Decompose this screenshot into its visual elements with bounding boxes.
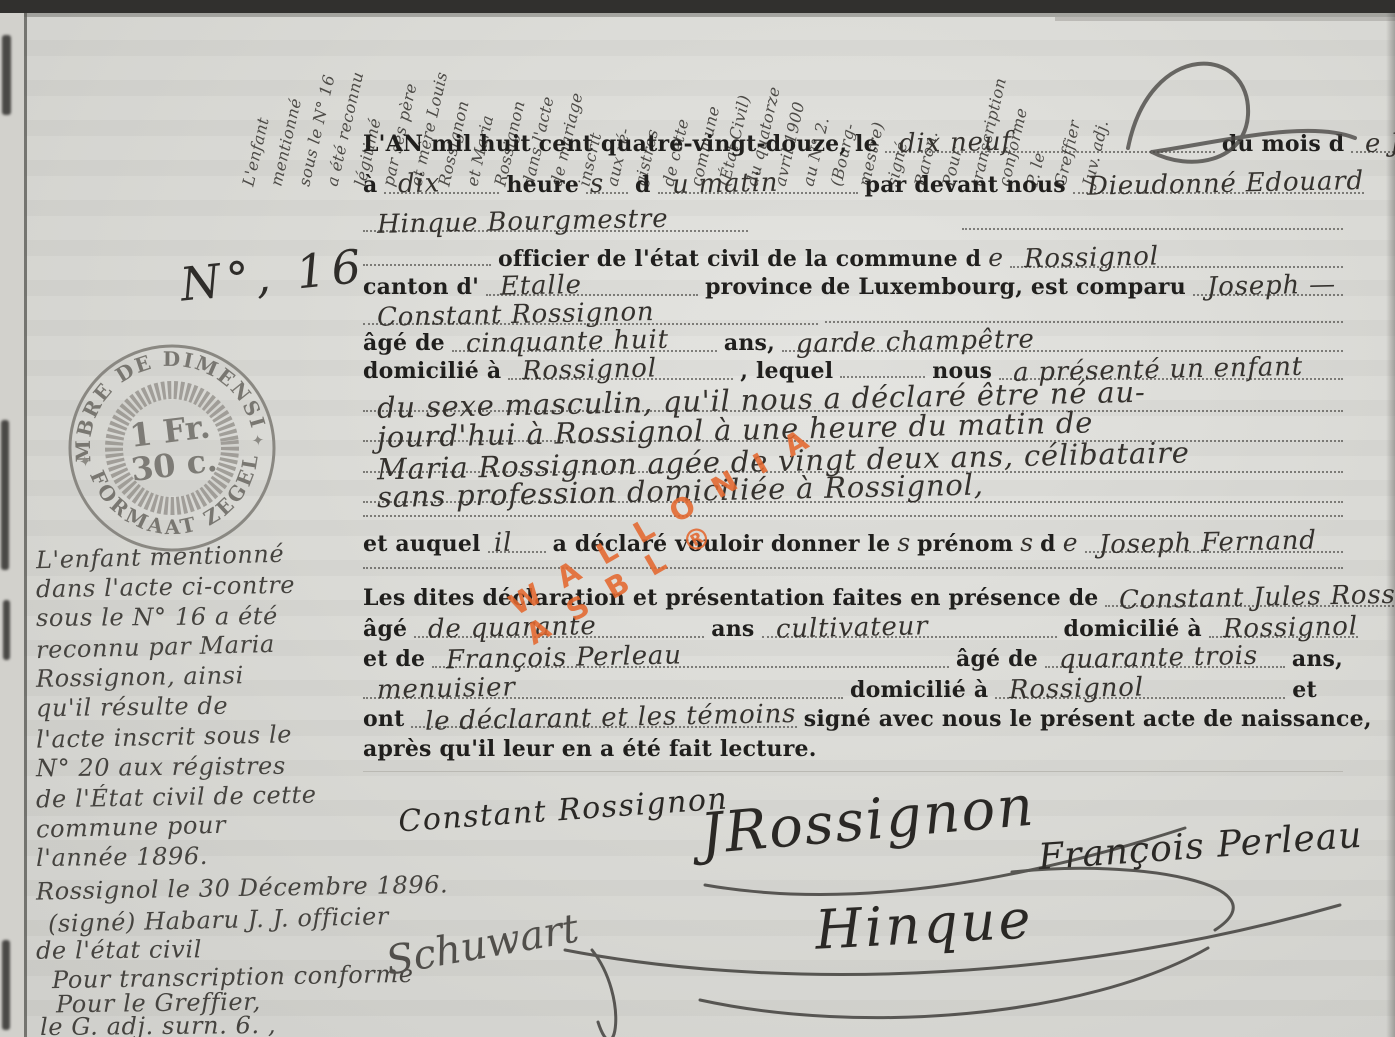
form-line-15-blank — [363, 561, 1343, 569]
handwritten-entry: e Juillet — [1351, 130, 1395, 157]
handwritten-entry: Rossignol — [508, 356, 657, 384]
form-blank: cultivateur — [762, 616, 1057, 638]
form-blank: Constant Rossignon — [363, 303, 818, 325]
margin-note-line: le G. adj. surn. 6. , — [40, 1011, 276, 1037]
handwritten-entry: dix neuf — [885, 130, 1012, 157]
handwritten-entry: il — [487, 531, 512, 556]
form-blank: Maria Rossignon agée de vingt deux ans, … — [363, 448, 1343, 473]
handwritten-entry: Rossignol — [1209, 614, 1358, 642]
handwritten-entry: garde champêtre — [782, 327, 1035, 357]
form-line-16: Les dites déclaration et présentation fa… — [363, 585, 1343, 611]
form-blank: Joseph Fernand — [1085, 531, 1343, 553]
form-line-3: Hinque Bourgmestre — [363, 210, 1343, 232]
svg-text:FORMAAT ZEGEL: FORMAAT ZEGEL — [84, 448, 272, 550]
signature-witness2: François Perleau — [1037, 815, 1364, 879]
svg-text:TIMBRE DE DIMENSION: TIMBRE DE DIMENSION — [52, 328, 273, 467]
form-blank: u matin — [658, 172, 858, 194]
faint-bleedthrough-rule — [363, 771, 1343, 772]
form-blank: Etalle — [486, 274, 698, 296]
printed-text: a déclaré vouloir donner le — [553, 531, 891, 557]
edge-smudge — [1, 420, 9, 570]
annotation-column: a été reconnu — [337, 4, 365, 154]
form-line-9: du sexe masculin, qu'il nous a déclaré ê… — [363, 387, 1343, 412]
printed-text: et — [1292, 677, 1317, 703]
printed-text: ont — [363, 706, 404, 732]
margin-note-line: N° 20 aux régistres — [36, 752, 286, 783]
printed-text: âgé — [363, 616, 407, 642]
margin-note-line: (signé) Habaru J. J. officier — [48, 902, 390, 938]
printed-text: d — [635, 172, 651, 198]
form-blank: Joseph — — [1193, 274, 1343, 296]
printed-text: prénom — [917, 531, 1013, 557]
margin-note-line: L'enfant mentionné — [36, 540, 285, 574]
clerk-paraph-tail — [592, 950, 616, 1037]
form-blank: garde champêtre — [782, 330, 1343, 352]
form-blank: le déclarant et les témoins — [411, 706, 796, 728]
handwritten-entry: Joseph Fernand — [1084, 529, 1316, 559]
stamp-top-arc-text: TIMBRE DE DIMENSION — [52, 328, 273, 467]
form-line-2: à dix heure s d u matin par devant nous … — [363, 172, 1343, 198]
form-blank: de quarante — [414, 616, 704, 638]
printed-text: d — [1040, 531, 1056, 557]
printed-text: L'AN mil huit cent quatre-vingt-douze, l… — [363, 131, 878, 157]
handwritten-entry: Etalle — [486, 273, 582, 300]
handwritten-entry: u matin — [657, 171, 778, 198]
margin-note-line: dans l'acte ci-contre — [36, 571, 296, 604]
handwritten-entry: e — [988, 243, 1003, 272]
printed-text: et auquel — [363, 531, 481, 557]
handwritten-entry: cultivateur — [761, 614, 928, 642]
form-blank: cinquante huit — [452, 330, 717, 352]
form-blank: Rossignol — [1209, 616, 1358, 638]
handwritten-entry: François Perleau — [432, 643, 682, 673]
form-line-17: âgé de quarante ans cultivateur domicili… — [363, 616, 1343, 642]
margin-note-line: reconnu par Maria — [36, 630, 276, 664]
printed-text: officier de l'état civil de la commune d — [498, 246, 981, 272]
printed-text: et de — [363, 646, 425, 672]
form-blank — [962, 222, 1343, 230]
printed-text: ans — [711, 616, 754, 642]
handwritten-entry: dix — [384, 171, 441, 197]
hinque-under-swash — [700, 948, 1208, 1018]
form-line-18: et de François Perleau âgé de quarante t… — [363, 646, 1343, 672]
form-line-12: sans profession domiciliée à Rossignol, — [363, 478, 1343, 503]
stamp-value-1: 1 Fr. — [128, 407, 213, 455]
form-blank — [363, 509, 1343, 517]
form-blank: du sexe masculin, qu'il nous a déclaré ê… — [363, 387, 1343, 412]
handwritten-entry: cinquante huit — [452, 328, 669, 357]
handwritten-entry: Rossignol — [995, 675, 1144, 703]
signature-witness-main: JRossignon — [698, 774, 1038, 868]
handwritten-entry: s — [897, 528, 910, 557]
signature-clerk: Schuwart — [382, 905, 582, 984]
printed-text: du mois d — [1222, 131, 1345, 157]
margin-note-line: de l'État civil de cette — [36, 781, 317, 814]
handwritten-entry: e — [1063, 528, 1078, 557]
form-blank: s — [586, 172, 628, 194]
handwritten-entry: quarante trois — [1045, 644, 1259, 673]
form-line-5: canton d' Etalle province de Luxembourg,… — [363, 274, 1343, 300]
form-blank: Rossignol — [508, 358, 733, 380]
form-line-19: menuisier domicilié à Rossignol et — [363, 677, 1343, 703]
handwritten-entry: Constant Jules Rossignon — [1105, 581, 1395, 613]
printed-text: après qu'il leur en a été fait lecture. — [363, 736, 817, 762]
edge-smudge — [2, 35, 11, 115]
annotation-column: sous le N° 16 — [309, 4, 337, 154]
margin-note-line: sous le N° 16 a été — [36, 602, 278, 632]
form-blank: dix — [384, 172, 499, 194]
handwritten-entry: s — [1020, 528, 1033, 557]
margin-note-line: de l'état civil — [36, 935, 202, 964]
annotation-column: mentionné — [281, 4, 309, 154]
birth-certificate-scan: L'enfant mentionné sous le N° 16 a été r… — [0, 0, 1395, 1037]
handwritten-entry: de quarante — [414, 614, 597, 643]
form-blank: Hinque Bourgmestre — [363, 210, 748, 232]
form-line-7: âgé de cinquante huit ans, garde champêt… — [363, 330, 1343, 356]
annotation-column: L'enfant — [253, 4, 281, 154]
form-blank — [825, 315, 1343, 323]
form-blank: e Juillet — [1351, 131, 1395, 153]
printed-text: domicilié à — [1064, 616, 1202, 642]
form-line-4: officier de l'état civil de la commune d… — [363, 243, 1343, 272]
handwritten-entry: Rossignol — [1010, 244, 1159, 272]
printed-text: ans, — [1292, 646, 1343, 672]
handwritten-entry: sans profession domiciliée à Rossignol, — [363, 472, 984, 513]
record-number: N°, 16 — [178, 238, 370, 311]
form-blank: François Perleau — [432, 646, 949, 668]
handwritten-entry: Dieudonné Edouard — [1073, 169, 1364, 200]
printed-text: Les dites déclaration et présentation fa… — [363, 585, 1098, 611]
printed-text: signé avec nous le présent acte de naiss… — [804, 706, 1372, 732]
form-blank — [363, 258, 491, 266]
form-line-10: jourd'hui à Rossignol à une heure du mat… — [363, 417, 1343, 442]
stamp-ornament-right: ✦ — [251, 431, 266, 450]
signature-declarant: Constant Rossignon — [397, 782, 729, 840]
printed-text: , lequel — [740, 358, 833, 384]
printed-text: à — [363, 172, 377, 198]
form-blank: sans profession domiciliée à Rossignol, — [363, 478, 1343, 503]
form-blank: jourd'hui à Rossignol à une heure du mat… — [363, 417, 1343, 442]
printed-text: heure — [506, 172, 579, 198]
margin-note-line: l'acte inscrit sous le — [36, 720, 293, 753]
stamp-ornament-left: ✦ — [78, 452, 93, 471]
form-line-14: et auquel il a déclaré vouloir donner le… — [363, 528, 1343, 557]
scan-right-shadow — [1386, 13, 1395, 1037]
printed-text: province de Luxembourg, est comparu — [705, 274, 1186, 300]
form-blank: dix neuf — [885, 131, 1215, 153]
form-line-20: ont le déclarant et les témoins signé av… — [363, 706, 1343, 732]
printed-text: ans, — [724, 330, 775, 356]
margin-note-line: qu'il résulte de — [36, 692, 229, 723]
page-fold-line — [24, 13, 27, 1037]
edge-smudge — [2, 940, 10, 1030]
margin-note-line: commune pour — [36, 811, 227, 844]
printed-text: domicilié à — [850, 677, 988, 703]
form-blank — [363, 561, 1343, 569]
form-blank: menuisier — [363, 677, 843, 699]
stamp-value-2: 30 c. — [129, 441, 219, 489]
handwritten-entry: s — [586, 172, 605, 197]
form-blank: Dieudonné Edouard — [1073, 172, 1364, 194]
signature-officer: Hinque — [814, 887, 1035, 961]
margin-note-line: Rossignol le 30 Décembre 1896. — [36, 870, 449, 905]
margin-note-line: l'année 1896. — [36, 842, 208, 872]
form-blank: il — [488, 531, 546, 553]
handwritten-entry: Hinque Bourgmestre — [363, 207, 669, 238]
printed-text: âgé de — [363, 330, 445, 356]
printed-text: âgé de — [956, 646, 1038, 672]
form-blank: Rossignol — [995, 677, 1285, 699]
margin-note-line: Rossignon, ainsi — [36, 661, 244, 693]
printed-text: canton d' — [363, 274, 479, 300]
form-blank: Constant Jules Rossignon — [1105, 585, 1395, 607]
handwritten-entry: Joseph — — [1193, 273, 1336, 301]
form-blank: Rossignol — [1010, 246, 1343, 268]
form-line-21: après qu'il leur en a été fait lecture. — [363, 736, 1343, 762]
handwritten-entry: le déclarant et les témoins — [411, 702, 797, 735]
form-line-11: Maria Rossignon agée de vingt deux ans, … — [363, 448, 1343, 473]
stamp-bottom-arc-text: FORMAAT ZEGEL — [84, 448, 272, 550]
edge-smudge — [3, 600, 10, 660]
form-blank — [840, 370, 925, 378]
form-blank: quarante trois — [1045, 646, 1285, 668]
form-line-1: L'AN mil huit cent quatre-vingt-douze, l… — [363, 131, 1343, 157]
printed-text: domicilié à — [363, 358, 501, 384]
form-line-13-blank — [363, 509, 1343, 517]
handwritten-entry: menuisier — [363, 675, 516, 703]
form-line-6: Constant Rossignon — [363, 303, 1343, 325]
printed-text: par devant nous — [865, 172, 1066, 198]
revenue-stamp: TIMBRE DE DIMENSION FORMAAT ZEGEL 1 Fr. … — [52, 328, 293, 569]
